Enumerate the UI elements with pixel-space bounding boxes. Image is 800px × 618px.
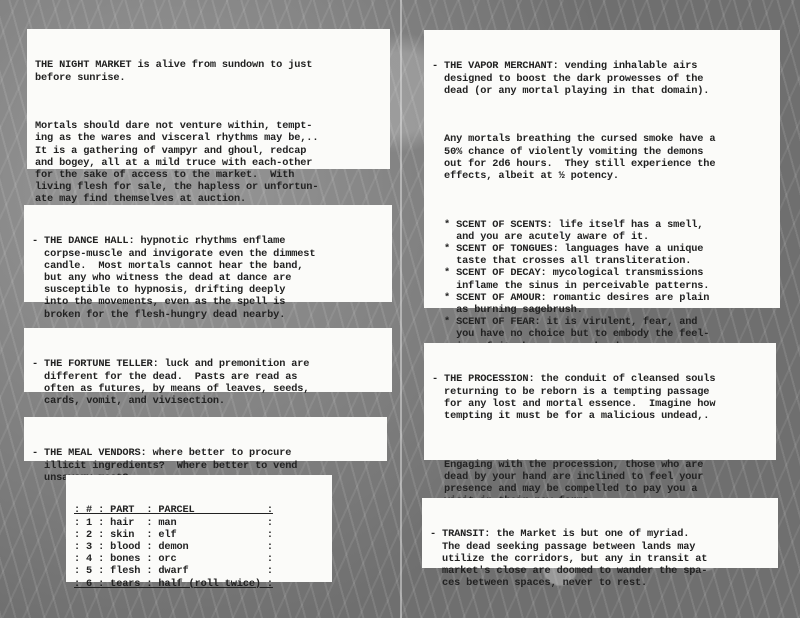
vapor-merchant-effect: Any mortals breathing the cursed smoke h… — [432, 133, 772, 182]
table-row: : 4 : bones : orc : — [74, 553, 324, 565]
dance-hall-text: - THE DANCE HALL: hypnotic rhythms enfla… — [32, 235, 384, 320]
fortune-teller-text: - THE FORTUNE TELLER: luck and premoniti… — [32, 358, 384, 407]
page-gutter — [400, 0, 402, 618]
fortune-teller-entry: - THE FORTUNE TELLER: luck and premoniti… — [24, 328, 392, 392]
parts-table: : # : PART : PARCEL :: 1 : hair : man ::… — [66, 475, 332, 582]
table-row: : 5 : flesh : dwarf : — [74, 565, 324, 577]
table-row: : 1 : hair : man : — [74, 517, 324, 529]
table-header: : # : PART : PARCEL : — [74, 504, 324, 516]
table-row: : 3 : blood : demon : — [74, 541, 324, 553]
transit-entry: - TRANSIT: the Market is but one of myri… — [422, 498, 778, 568]
intro-heading: THE NIGHT MARKET is alive from sundown t… — [35, 59, 382, 83]
vapor-merchant-entry: - THE VAPOR MERCHANT: vending inhalable … — [424, 30, 780, 308]
parts-table-body: : # : PART : PARCEL :: 1 : hair : man ::… — [74, 504, 324, 589]
dance-hall-entry: - THE DANCE HALL: hypnotic rhythms enfla… — [24, 205, 392, 302]
procession-heading: - THE PROCESSION: the conduit of cleanse… — [432, 373, 768, 422]
transit-text: - TRANSIT: the Market is but one of myri… — [430, 528, 770, 589]
intro-body: Mortals should dare not venture within, … — [35, 120, 382, 205]
night-market-intro: THE NIGHT MARKET is alive from sundown t… — [27, 29, 390, 169]
vapor-merchant-heading: - THE VAPOR MERCHANT: vending inhalable … — [432, 60, 772, 97]
table-row: : 2 : skin : elf : — [74, 529, 324, 541]
procession-entry: - THE PROCESSION: the conduit of cleanse… — [424, 343, 776, 460]
table-row: : 6 : tears : half (roll twice) : — [74, 578, 324, 590]
meal-vendors-entry: - THE MEAL VENDORS: where better to proc… — [24, 417, 387, 461]
